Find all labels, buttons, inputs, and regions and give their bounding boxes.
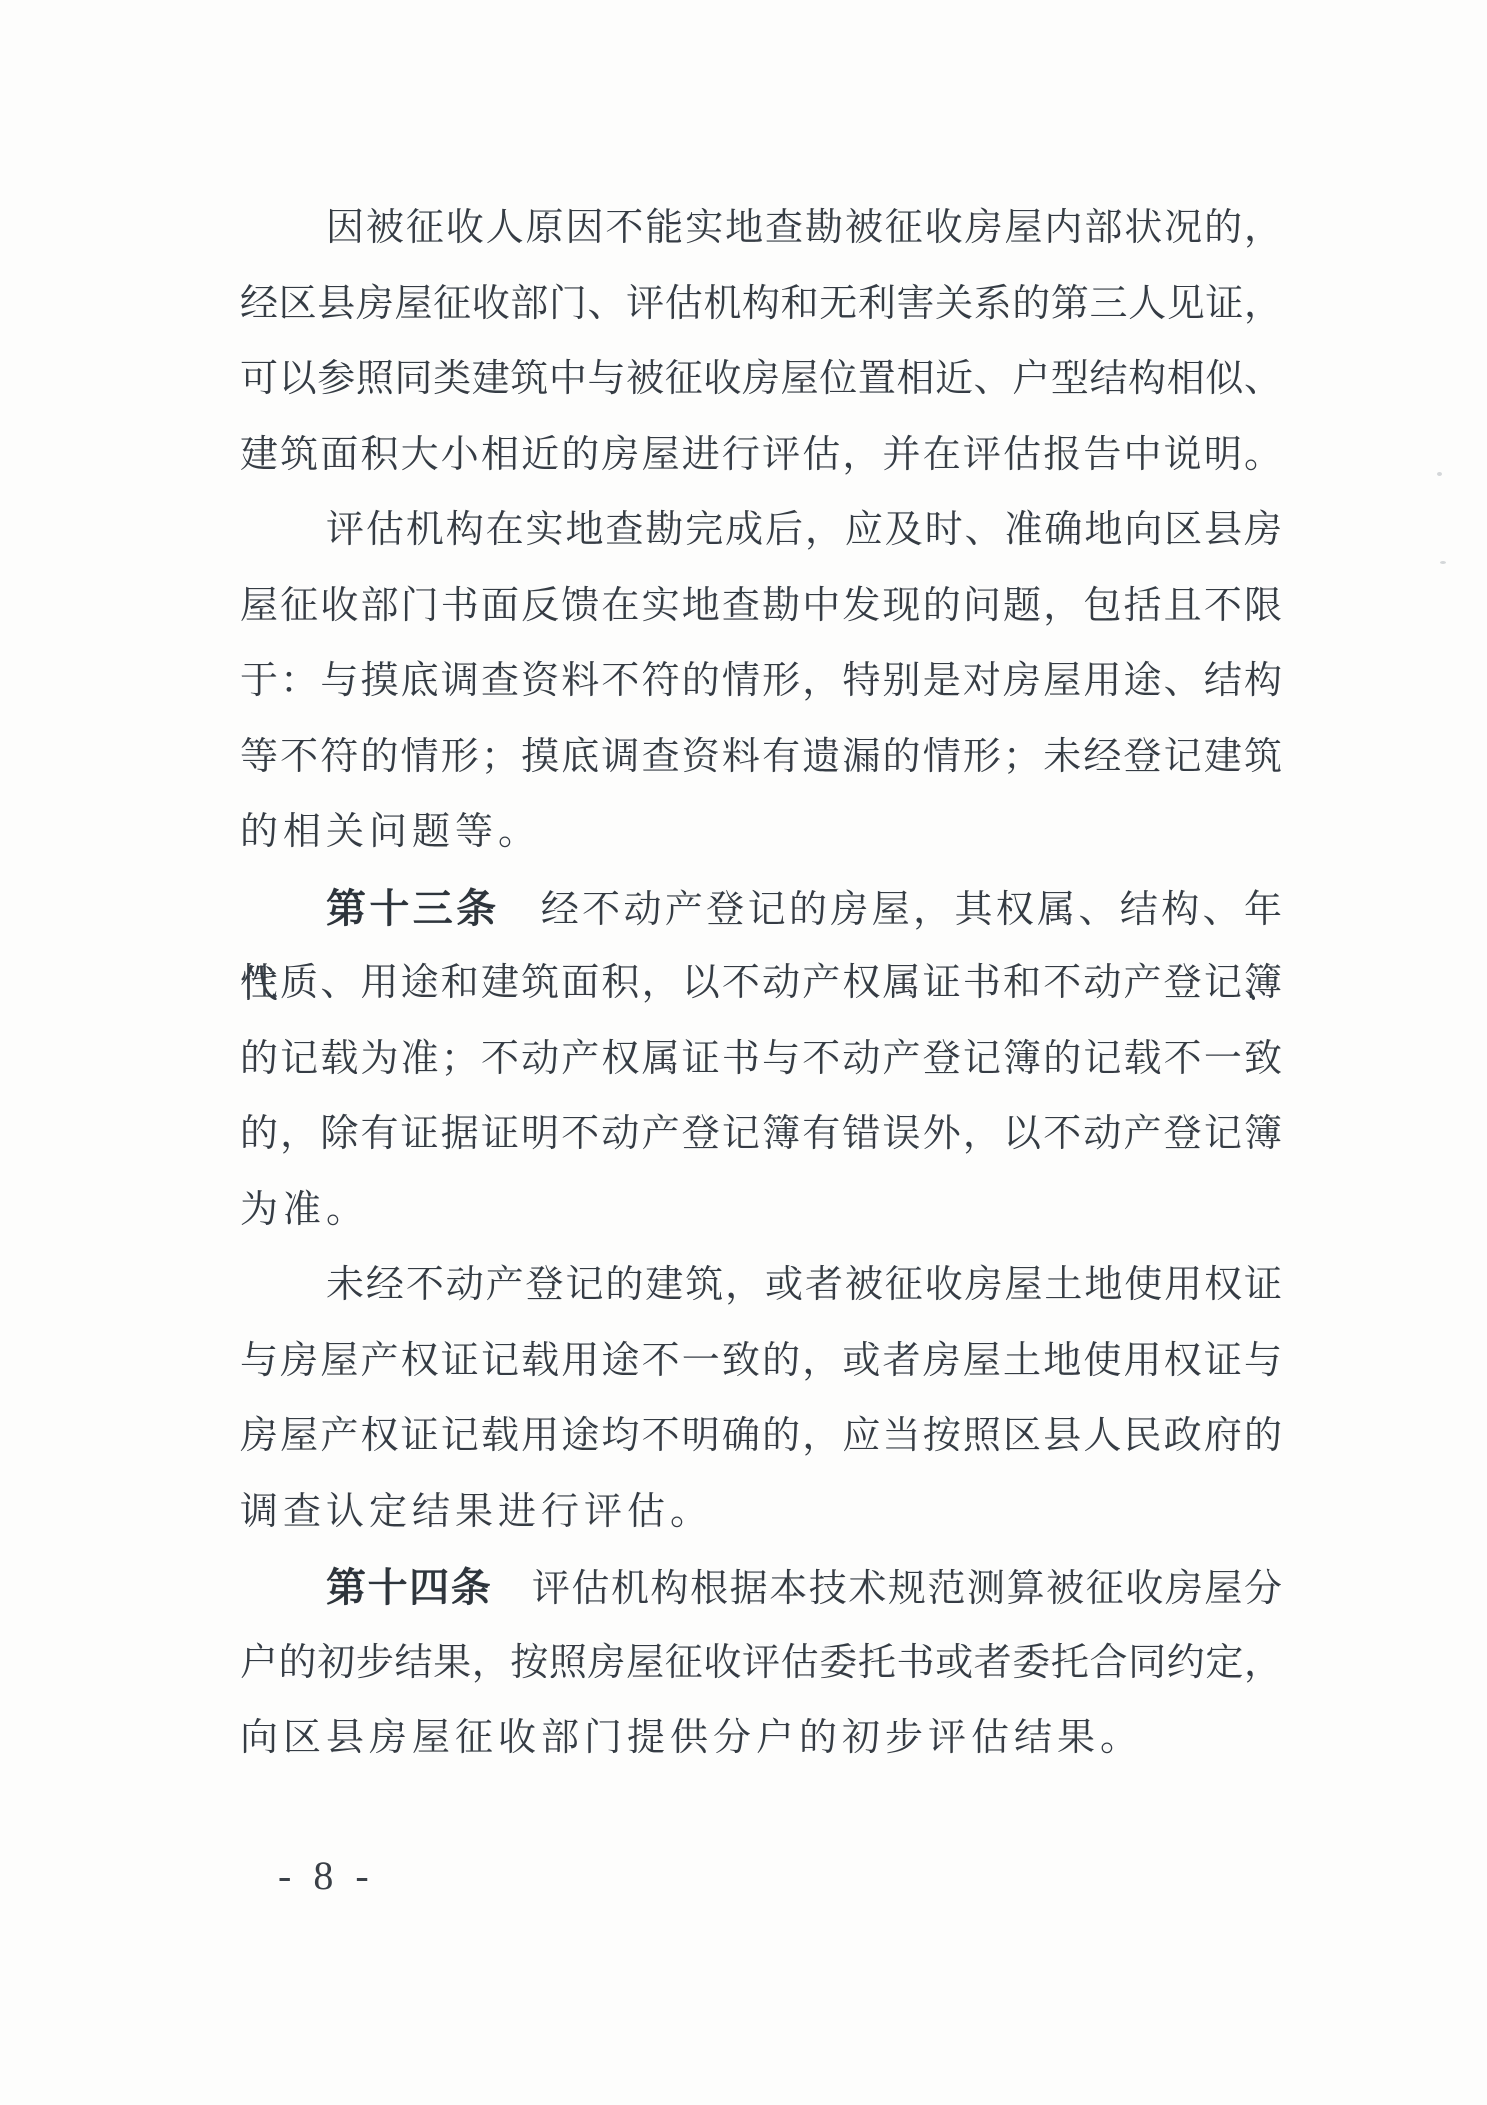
text-line: 户的初步结果，按照房屋征收评估委托书或者委托合同约定，: [240, 1626, 1282, 1702]
text-line: 为准。: [240, 1173, 1282, 1249]
text-line: 屋征收部门书面反馈在实地查勘中发现的问题，包括且不限: [240, 569, 1282, 645]
text-line: 未经不动产登记的建筑，或者被征收房屋土地使用权证: [240, 1248, 1282, 1324]
paragraph: 第十四条 评估机构根据本技术规范测算被征收房屋分户的初步结果，按照房屋征收评估委…: [240, 1550, 1282, 1777]
text-line: 等不符的情形；摸底调查资料有遗漏的情形；未经登记建筑: [240, 720, 1282, 796]
text-line: 建筑面积大小相近的房屋进行评估，并在评估报告中说明。: [240, 418, 1282, 494]
text-line: 的，除有证据证明不动产登记簿有错误外，以不动产登记簿: [240, 1097, 1282, 1173]
text-line: 于：与摸底调查资料不符的情形，特别是对房屋用途、结构: [240, 644, 1282, 720]
text-line: 与房屋产权证记载用途不一致的，或者房屋土地使用权证与: [240, 1324, 1282, 1400]
document-page: 因被征收人原因不能实地查勘被征收房屋内部状况的，经区县房屋征收部门、评估机构和无…: [0, 0, 1487, 2105]
text-line: 调查认定结果进行评估。: [240, 1475, 1282, 1551]
text-line: 评估机构在实地查勘完成后，应及时、准确地向区县房: [240, 493, 1282, 569]
text-line: 的相关问题等。: [240, 795, 1282, 871]
paragraph: 未经不动产登记的建筑，或者被征收房屋土地使用权证与房屋产权证记载用途不一致的，或…: [240, 1248, 1282, 1550]
text-line: 房屋产权证记载用途均不明确的，应当按照区县人民政府的: [240, 1399, 1282, 1475]
paragraph: 第十三条 经不动产登记的房屋，其权属、结构、年代、性质、用途和建筑面积，以不动产…: [240, 871, 1282, 1249]
text-line: 向区县房屋征收部门提供分户的初步评估结果。: [240, 1701, 1282, 1777]
text-line: 可以参照同类建筑中与被征收房屋位置相近、户型结构相似、: [240, 342, 1282, 418]
page-number: - 8 -: [278, 1856, 375, 1896]
scan-speck: [1440, 561, 1446, 564]
paragraph: 评估机构在实地查勘完成后，应及时、准确地向区县房屋征收部门书面反馈在实地查勘中发…: [240, 493, 1282, 871]
text-line: 第十三条 经不动产登记的房屋，其权属、结构、年代、: [240, 871, 1282, 947]
text-line: 因被征收人原因不能实地查勘被征收房屋内部状况的，: [240, 191, 1282, 267]
article-number: 第十四条: [326, 1565, 492, 1610]
document-body: 因被征收人原因不能实地查勘被征收房屋内部状况的，经区县房屋征收部门、评估机构和无…: [240, 191, 1282, 1777]
text-line: 经区县房屋征收部门、评估机构和无利害关系的第三人见证，: [240, 267, 1282, 343]
scan-speck: [1437, 472, 1442, 476]
text-line: 性质、用途和建筑面积，以不动产权属证书和不动产登记簿: [240, 946, 1282, 1022]
text-line: 的记载为准；不动产权属证书与不动产登记簿的记载不一致: [240, 1022, 1282, 1098]
text-line: 第十四条 评估机构根据本技术规范测算被征收房屋分: [240, 1550, 1282, 1626]
paragraph: 因被征收人原因不能实地查勘被征收房屋内部状况的，经区县房屋征收部门、评估机构和无…: [240, 191, 1282, 493]
article-number: 第十三条: [326, 886, 499, 931]
